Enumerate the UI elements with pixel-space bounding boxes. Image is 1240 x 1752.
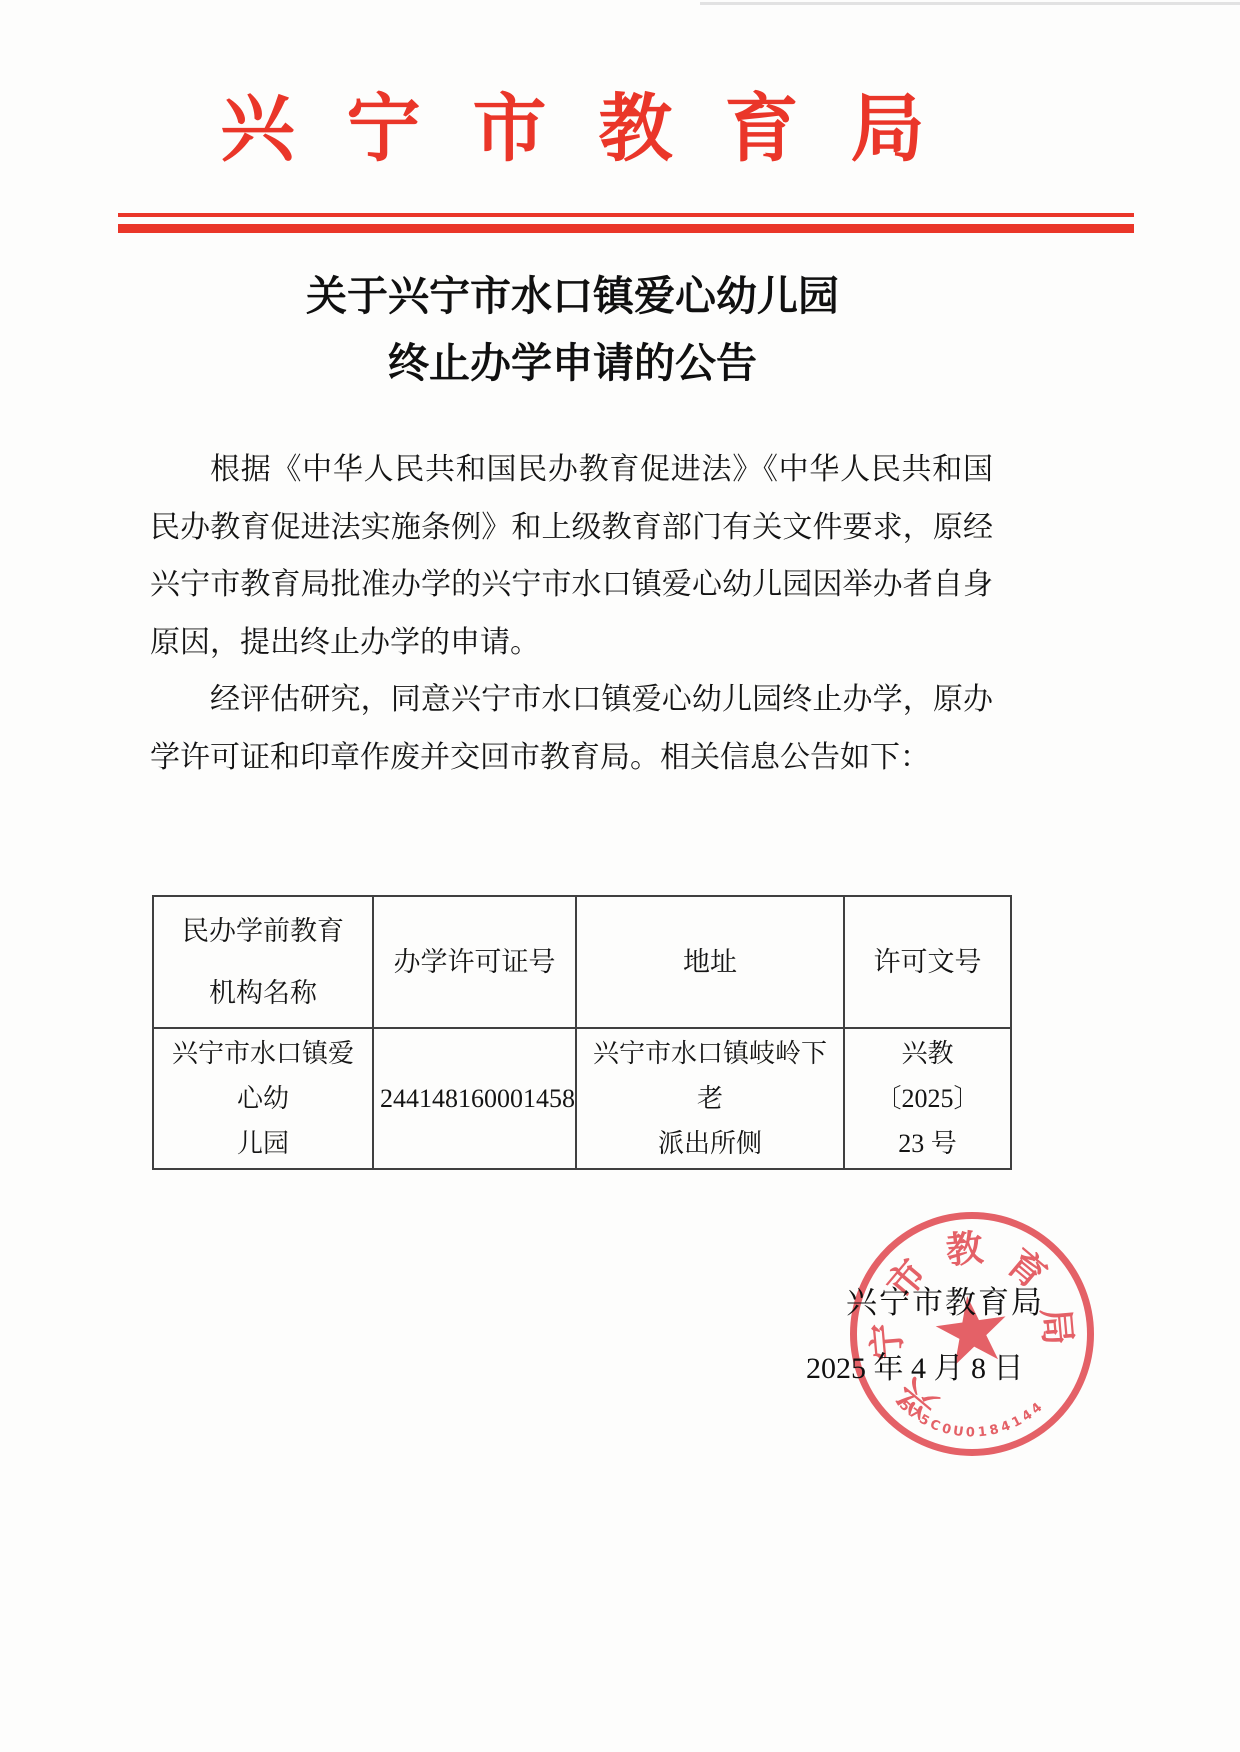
document-title: 关于兴宁市水口镇爱心幼儿园 终止办学申请的公告 [150, 263, 995, 397]
cell-address: 兴宁市水口镇岐岭下老 派出所侧 [576, 1028, 844, 1169]
document-body: 根据《中华人民共和国民办教育促进法》《中华人民共和国民办教育促进法实施条例》和上… [150, 441, 993, 786]
document-title-line2: 终止办学申请的公告 [150, 330, 995, 397]
paragraph-legal-basis: 根据《中华人民共和国民办教育促进法》《中华人民共和国民办教育促进法实施条例》和上… [150, 441, 993, 671]
col-header-license-number: 办学许可证号 [373, 896, 576, 1028]
cell-license-number: 244148160001458 [373, 1028, 576, 1169]
scan-edge-artifact [700, 2, 1240, 5]
seal-arc-char: 教 [945, 1230, 985, 1270]
document-page: 兴宁市教育局 关于兴宁市水口镇爱心幼儿园 终止办学申请的公告 根据《中华人民共和… [0, 0, 1240, 1752]
table-header-row: 民办学前教育 机构名称 办学许可证号 地址 许可文号 [153, 896, 1011, 1028]
official-seal: ★ 兴 宁 市 教 育 局 4 4 1 4 8 1 0 U 0 C 5 7 5 [850, 1212, 1094, 1456]
col-header-institution-name: 民办学前教育 机构名称 [153, 896, 373, 1028]
cell-permit-doc-number: 兴教〔2025〕 23 号 [844, 1028, 1011, 1169]
seal-code-digit: 0 [966, 1426, 975, 1439]
seal-code-digit: U [952, 1425, 964, 1439]
col-header-permit-doc-number: 许可文号 [844, 896, 1011, 1028]
signature-org: 兴宁市教育局 [846, 1277, 1044, 1322]
cell-institution-name: 兴宁市水口镇爱心幼 儿园 [153, 1028, 373, 1169]
letterhead-rule-thick [118, 224, 1134, 233]
table-row: 兴宁市水口镇爱心幼 儿园 244148160001458 兴宁市水口镇岐岭下老 … [153, 1028, 1011, 1169]
paragraph-decision: 经评估研究，同意兴宁市水口镇爱心幼儿园终止办学，原办学许可证和印章作废并交回市教… [150, 671, 993, 786]
signature-date: 2025 年 4 月 8 日 [806, 1343, 1024, 1387]
institution-info-table: 民办学前教育 机构名称 办学许可证号 地址 许可文号 兴宁市水口镇爱心幼 儿园 … [152, 895, 1012, 1170]
seal-code-digit: 1 [977, 1426, 987, 1440]
document-title-line1: 关于兴宁市水口镇爱心幼儿园 [150, 263, 995, 330]
letterhead-rule-thin [118, 213, 1134, 217]
col-header-address: 地址 [576, 896, 844, 1028]
issuing-authority-letterhead: 兴宁市教育局 [150, 84, 995, 177]
